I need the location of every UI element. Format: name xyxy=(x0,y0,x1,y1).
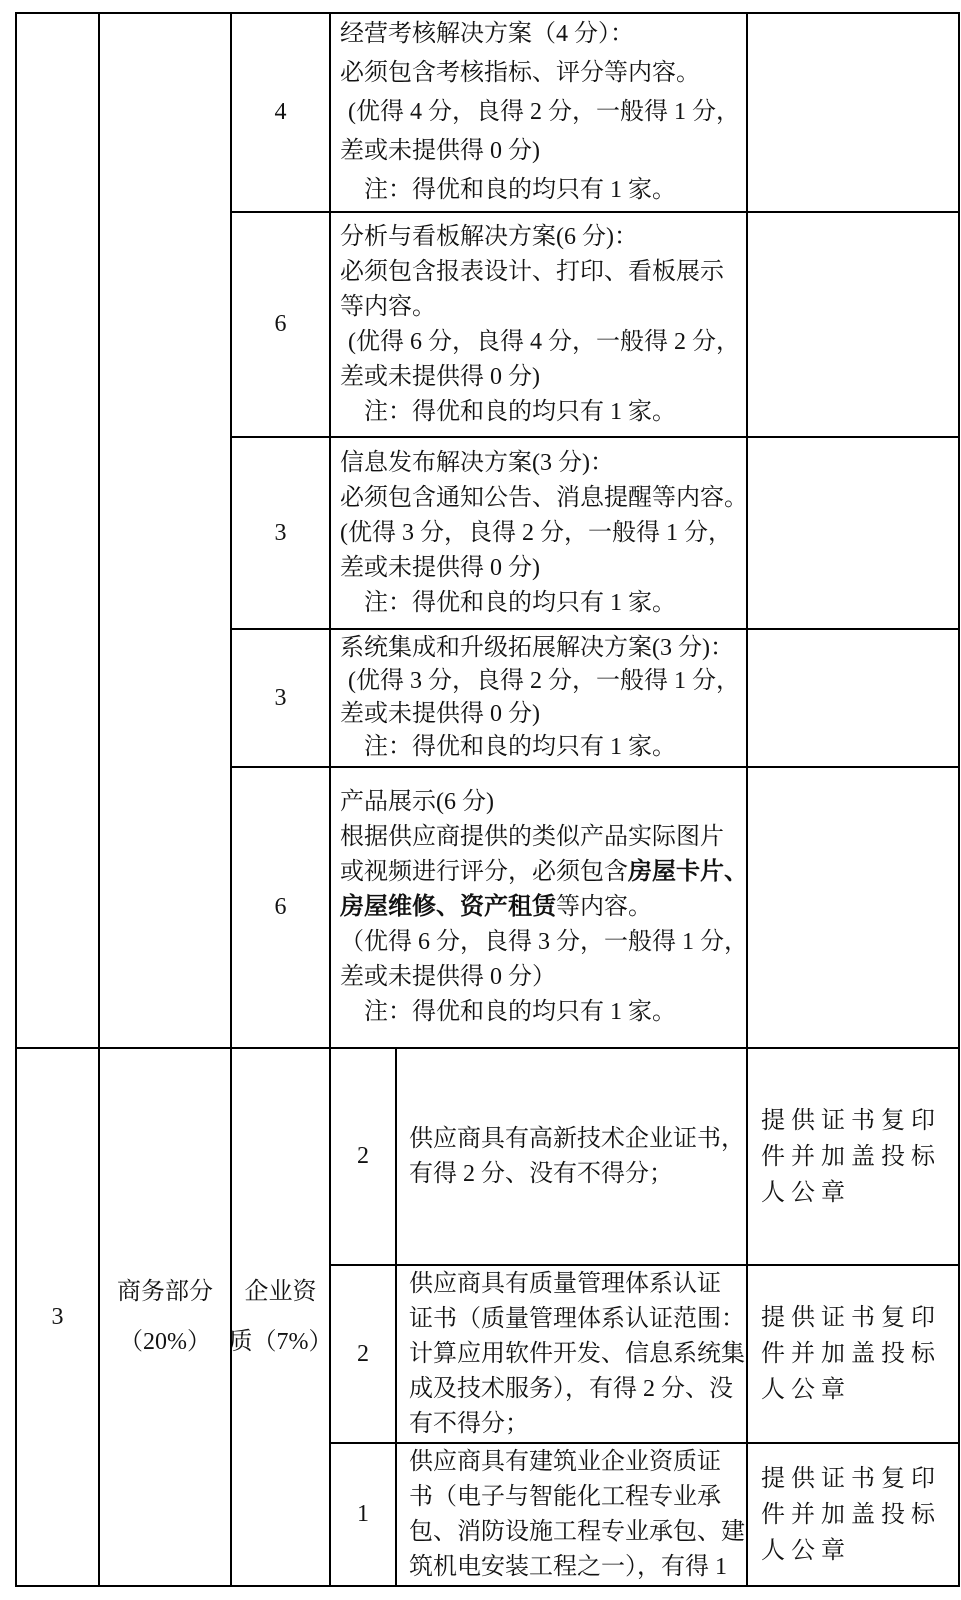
subcategory-cell: 企业资 质（7%） xyxy=(232,1049,329,1585)
score-cell: 6 xyxy=(232,768,329,1047)
text-line: 必须包含考核指标、评分等内容。 xyxy=(340,54,744,93)
text-line: 质（7%） xyxy=(232,1317,329,1367)
score-cell: 4 xyxy=(232,14,329,211)
score-value: 6 xyxy=(275,311,287,338)
text-line: 人公章 xyxy=(761,1533,958,1569)
text-line: 差或未提供得 0 分) xyxy=(340,551,744,586)
criteria-cell: 系统集成和升级拓展解决方案(3 分)： (优得 3 分，良得 2 分，一般得 1… xyxy=(331,630,746,766)
score-value: 3 xyxy=(275,685,287,712)
criteria-cell: 产品展示(6 分) 根据供应商提供的类似产品实际图片 或视频进行评分，必须包含房… xyxy=(331,768,746,1047)
text-line: 注：得优和良的均只有 1 家。 xyxy=(340,171,744,210)
text-line: 件并加盖投标 xyxy=(761,1336,958,1372)
index-cell: 3 xyxy=(17,1049,98,1585)
text-line: 差或未提供得 0 分) xyxy=(340,360,744,395)
text-line: 件并加盖投标 xyxy=(761,1139,958,1175)
remark-cell: 提供证书复印 件并加盖投标 人公章 xyxy=(748,1444,958,1585)
score-cell: 2 xyxy=(331,1049,395,1264)
text-line: 注：得优和良的均只有 1 家。 xyxy=(340,395,744,430)
column-divider xyxy=(958,12,960,1587)
text-line: 差或未提供得 0 分) xyxy=(340,132,744,171)
text-line: 等内容。 xyxy=(340,290,744,325)
text-line: （优得 6 分，良得 3 分，一般得 1 分， xyxy=(340,925,744,960)
text-line: 提供证书复印 xyxy=(761,1300,958,1336)
text-line: 商务部分 xyxy=(117,1267,213,1317)
text-segment: 或视频进行评分，必须包含 xyxy=(340,859,628,885)
table-border xyxy=(15,1585,960,1587)
text-line: 或视频进行评分，必须包含房屋卡片、 xyxy=(340,855,744,890)
text-line: 根据供应商提供的类似产品实际图片 xyxy=(340,820,744,855)
score-value: 2 xyxy=(357,1143,369,1170)
text-line: 分析与看板解决方案(6 分)： xyxy=(340,220,744,255)
text-line: 书（电子与智能化工程专业承 xyxy=(409,1480,744,1515)
score-cell: 3 xyxy=(232,630,329,766)
document-page: 4 经营考核解决方案（4 分）： 必须包含考核指标、评分等内容。 (优得 4 分… xyxy=(0,0,961,1600)
text-line: 产品展示(6 分) xyxy=(340,785,744,820)
text-line: 必须包含通知公告、消息提醒等内容。 xyxy=(340,481,744,516)
score-value: 4 xyxy=(275,99,287,126)
criteria-cell: 供应商具有质量管理体系认证 证书（质量管理体系认证范围： 计算应用软件开发、信息… xyxy=(397,1266,746,1442)
criteria-cell: 分析与看板解决方案(6 分)： 必须包含报表设计、打印、看板展示 等内容。 (优… xyxy=(331,213,746,436)
score-cell: 3 xyxy=(232,438,329,628)
text-line: 经营考核解决方案（4 分）： xyxy=(340,15,744,54)
text-line: 系统集成和升级拓展解决方案(3 分)： xyxy=(340,632,744,665)
score-value: 3 xyxy=(275,520,287,547)
text-line: 注：得优和良的均只有 1 家。 xyxy=(340,586,744,621)
text-line: 有得 2 分、没有不得分； xyxy=(409,1157,744,1192)
category-cell: 商务部分 （20%） xyxy=(100,1049,230,1585)
remark-cell: 提供证书复印 件并加盖投标 人公章 xyxy=(748,1049,958,1264)
text-line: 件并加盖投标 xyxy=(761,1497,958,1533)
text-line: 注：得优和良的均只有 1 家。 xyxy=(340,995,744,1030)
text-line: 供应商具有质量管理体系认证 xyxy=(409,1267,744,1302)
text-line: (优得 3 分，良得 2 分，一般得 1 分， xyxy=(340,516,744,551)
text-line: 成及技术服务），有得 2 分、没 xyxy=(409,1372,744,1407)
text-line: (优得 6 分，良得 4 分，一般得 2 分， xyxy=(340,325,744,360)
criteria-cell: 经营考核解决方案（4 分）： 必须包含考核指标、评分等内容。 (优得 4 分，良… xyxy=(331,14,746,211)
text-line: 筑机电安装工程之一），有得 1 xyxy=(409,1550,744,1585)
text-line: （20%） xyxy=(119,1317,211,1367)
text-line: 必须包含报表设计、打印、看板展示 xyxy=(340,255,744,290)
text-line: 供应商具有高新技术企业证书， xyxy=(409,1122,744,1157)
text-line: 包、消防设施工程专业承包、建 xyxy=(409,1515,744,1550)
text-line: 人公章 xyxy=(761,1175,958,1211)
text-line: 计算应用软件开发、信息系统集 xyxy=(409,1337,744,1372)
text-line: 有不得分； xyxy=(409,1407,744,1442)
text-line: 提供证书复印 xyxy=(761,1103,958,1139)
text-segment-bold: 房屋卡片、 xyxy=(628,859,746,885)
text-line: 证书（质量管理体系认证范围： xyxy=(409,1302,744,1337)
score-value: 6 xyxy=(275,894,287,921)
score-cell: 1 xyxy=(331,1444,395,1585)
criteria-cell: 供应商具有高新技术企业证书， 有得 2 分、没有不得分； xyxy=(397,1049,746,1264)
criteria-cell: 信息发布解决方案(3 分)： 必须包含通知公告、消息提醒等内容。 (优得 3 分… xyxy=(331,438,746,628)
score-value: 2 xyxy=(357,1341,369,1368)
text-line: 人公章 xyxy=(761,1372,958,1408)
score-value: 1 xyxy=(357,1501,369,1528)
text-line: 企业资 xyxy=(245,1267,317,1317)
text-line: (优得 4 分，良得 2 分，一般得 1 分， xyxy=(340,93,744,132)
text-line: 信息发布解决方案(3 分)： xyxy=(340,446,744,481)
text-segment-bold: 房屋维修、资产租赁 xyxy=(340,894,556,920)
text-line: 提供证书复印 xyxy=(761,1461,958,1497)
text-line: 注：得优和良的均只有 1 家。 xyxy=(340,731,744,764)
text-line: (优得 3 分，良得 2 分，一般得 1 分， xyxy=(340,665,744,698)
text-line: 房屋维修、资产租赁等内容。 xyxy=(340,890,744,925)
criteria-cell: 供应商具有建筑业企业资质证 书（电子与智能化工程专业承 包、消防设施工程专业承包… xyxy=(397,1444,746,1585)
score-cell: 2 xyxy=(331,1266,395,1442)
index-value: 3 xyxy=(52,1304,64,1331)
remark-cell: 提供证书复印 件并加盖投标 人公章 xyxy=(748,1266,958,1442)
text-line: 差或未提供得 0 分） xyxy=(340,960,744,995)
score-cell: 6 xyxy=(232,213,329,436)
text-segment: 等内容。 xyxy=(556,894,652,920)
text-line: 供应商具有建筑业企业资质证 xyxy=(409,1445,744,1480)
text-line: 差或未提供得 0 分) xyxy=(340,698,744,731)
